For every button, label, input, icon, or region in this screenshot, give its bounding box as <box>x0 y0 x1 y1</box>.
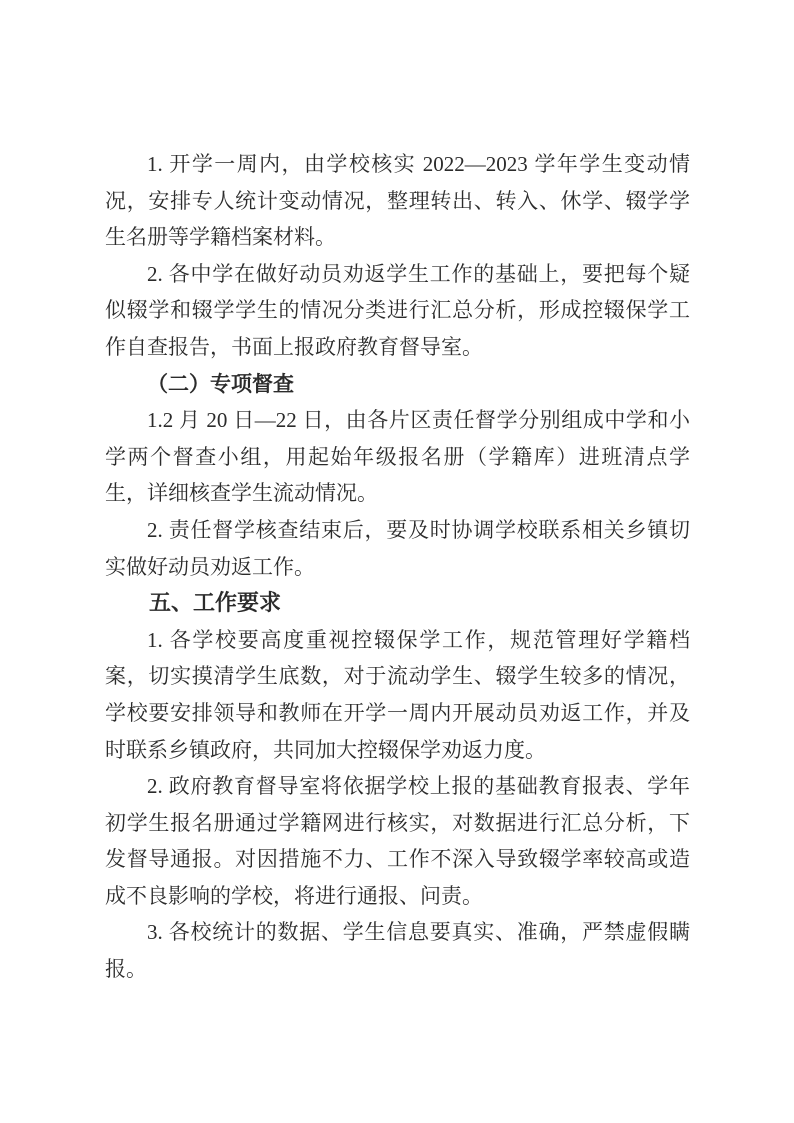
paragraph-student-change-verification: 1. 开学一周内，由学校核实 2022—2023 学年学生变动情况，安排专人统计… <box>105 146 690 256</box>
paragraph-supervision-office-verification: 2. 政府教育督导室将依据学校上报的基础教育报表、学年初学生报名册通过学籍网进行… <box>105 768 690 914</box>
paragraph-self-inspection-report: 2. 各中学在做好动员劝返学生工作的基础上，要把每个疑似辍学和辍学学生的情况分类… <box>105 256 690 366</box>
paragraph-inspection-schedule: 1.2 月 20 日—22 日，由各片区责任督学分别组成中学和小学两个督查小组，… <box>105 402 690 512</box>
document-content: 1. 开学一周内，由学校核实 2022—2023 学年学生变动情况，安排专人统计… <box>105 146 690 988</box>
section-heading-special-inspection: （二）专项督查 <box>105 366 690 403</box>
section-heading-work-requirements: 五、工作要求 <box>105 585 690 622</box>
paragraph-coordination-after-check: 2. 责任督学核查结束后，要及时协调学校联系相关乡镇切实做好动员劝返工作。 <box>105 512 690 585</box>
document-page: 1. 开学一周内，由学校核实 2022—2023 学年学生变动情况，安排专人统计… <box>0 0 794 1123</box>
paragraph-school-requirements: 1. 各学校要高度重视控辍保学工作，规范管理好学籍档案，切实摸清学生底数，对于流… <box>105 622 690 768</box>
paragraph-data-accuracy: 3. 各校统计的数据、学生信息要真实、准确，严禁虚假瞒报。 <box>105 914 690 987</box>
